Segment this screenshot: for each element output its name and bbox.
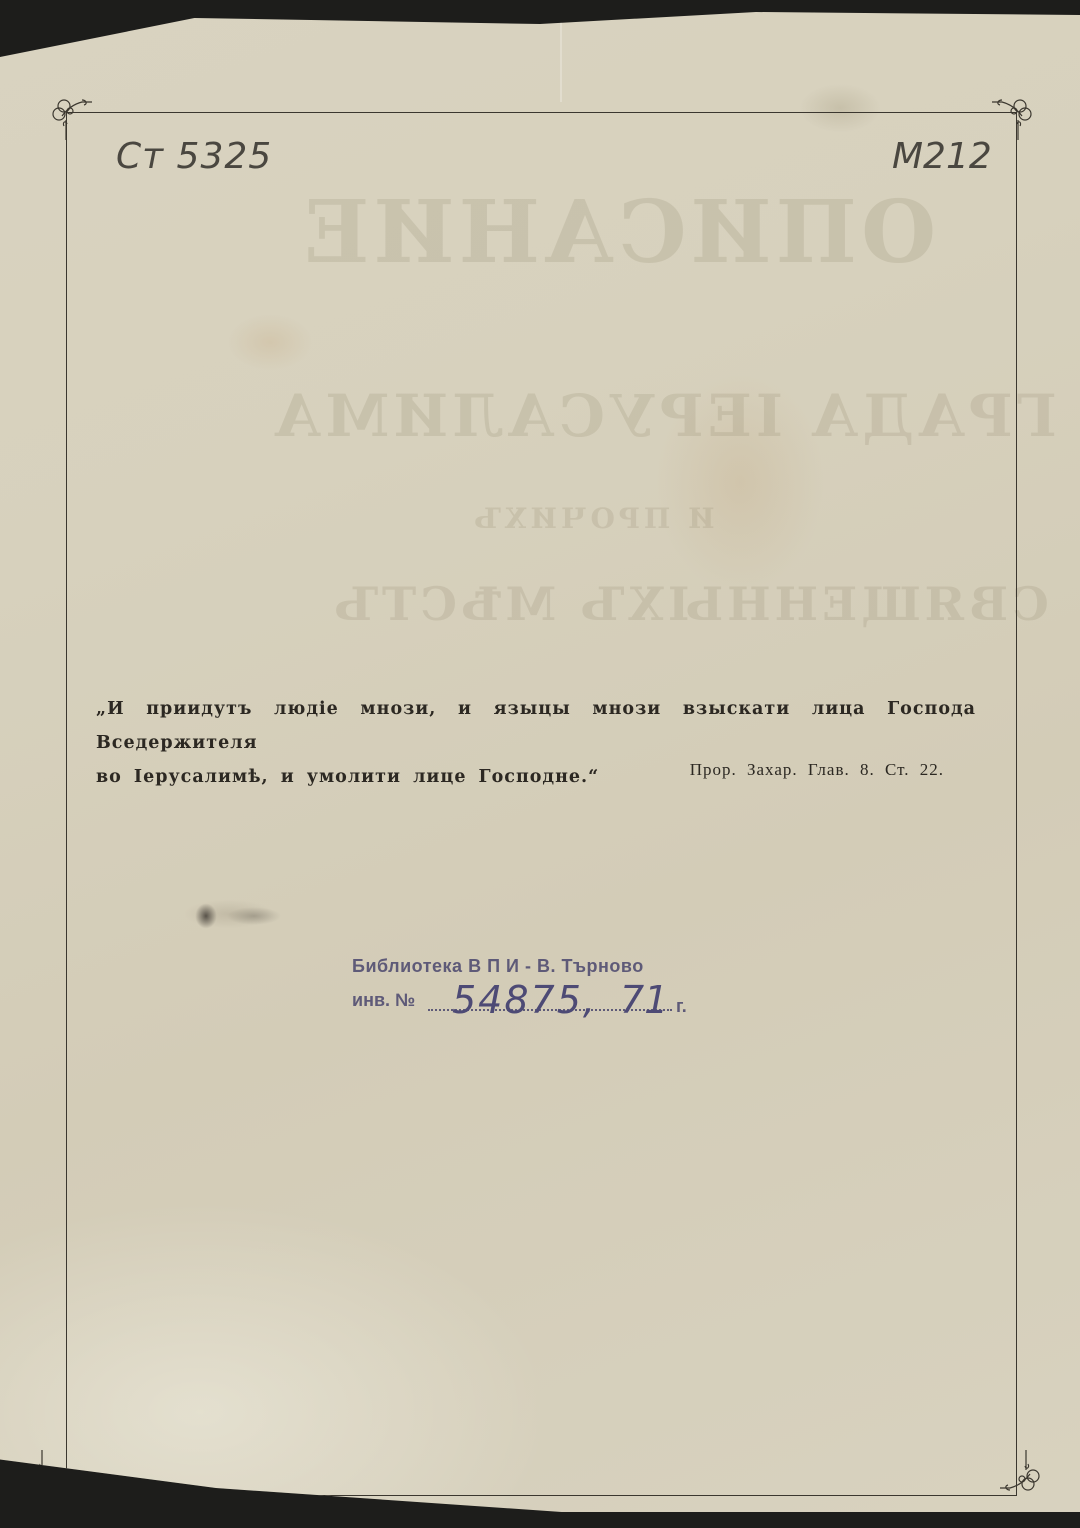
- corner-flourish-icon: [1000, 1450, 1044, 1494]
- paper-crease: [560, 12, 562, 102]
- stamp-library-name: Библиотека В П И - В. Търново: [352, 956, 644, 977]
- stamp-inventory-number: 54875,: [452, 978, 597, 1022]
- epigraph-line-1: „И приидутъ людіе мнози, и языцы мнози в…: [96, 692, 976, 760]
- stamp-year-suffix: г.: [676, 996, 687, 1017]
- stamp-inventory-label: инв. №: [352, 990, 415, 1011]
- ink-blot: [184, 896, 284, 932]
- corner-flourish-icon: [48, 96, 92, 140]
- epigraph-citation: Прор. Захар. Глав. 8. Ст. 22.: [690, 760, 944, 780]
- shelf-mark-right: М212: [892, 136, 992, 177]
- paper-page: ОПИСАНИЕ СВЯТАГО ГРАДА ІЕРУСАЛИМА И ПРОЧ…: [0, 12, 1080, 1512]
- shelf-mark-left: Ст 5325: [116, 136, 272, 177]
- corner-flourish-icon: [24, 1450, 68, 1494]
- corner-flourish-icon: [992, 96, 1036, 140]
- stamp-year: 71: [620, 978, 668, 1022]
- page-border-frame: [66, 112, 1017, 1496]
